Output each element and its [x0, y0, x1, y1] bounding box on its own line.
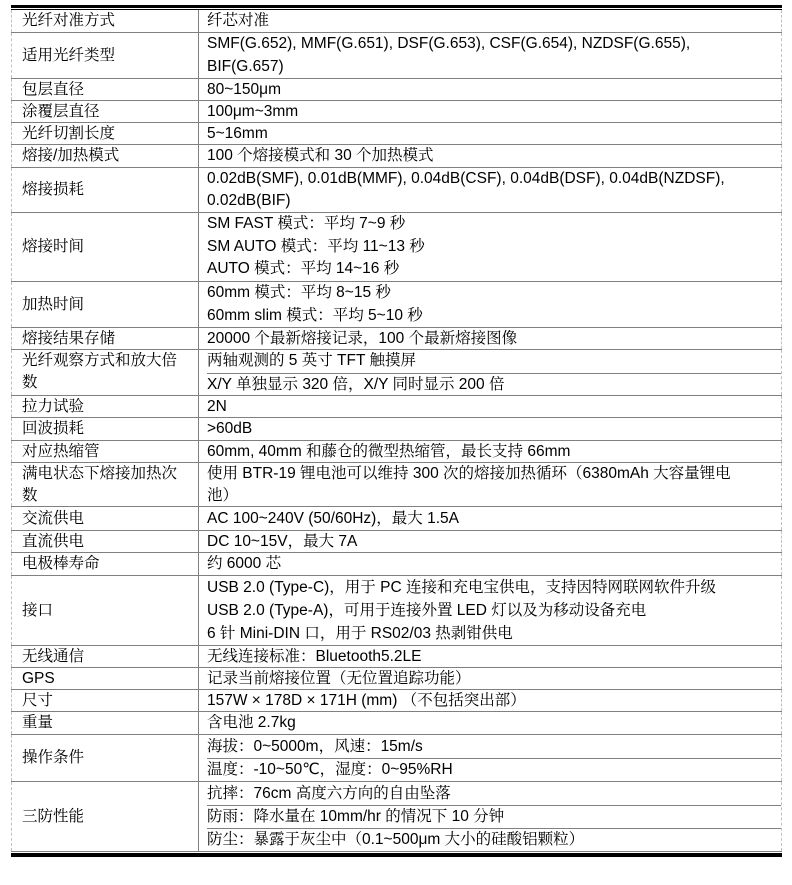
spec-value-line: 6 针 Mini-DIN 口，用于 RS02/03 热剥钳供电	[207, 622, 781, 645]
spec-label: 对应热缩管	[11, 441, 199, 462]
spec-label: 操作条件	[11, 735, 199, 781]
spec-label-line: 涂覆层直径	[22, 101, 100, 123]
spec-sub-value: 防尘：暴露于灰尘中（0.1~500μm 大小的硅酸铝颗粒）	[207, 828, 781, 851]
spec-value: SMF(G.652), MMF(G.651), DSF(G.653), CSF(…	[199, 33, 782, 78]
spec-sub-value: 两轴观测的 5 英寸 TFT 触摸屏	[207, 350, 781, 373]
table-row: 三防性能抗摔：76cm 高度六方向的自由坠落防雨：降水量在 10mm/hr 的情…	[11, 782, 782, 852]
spec-label: 熔接损耗	[11, 168, 199, 212]
table-row: 光纤切割长度5~16mm	[11, 123, 782, 145]
spec-label: GPS	[11, 668, 199, 689]
table-row: 操作条件海拔：0~5000m，风速：15m/s温度：-10~50℃，湿度：0~9…	[11, 735, 782, 782]
spec-value: 使用 BTR-19 锂电池可以维持 300 次的熔接加热循环（6380mAh 大…	[199, 463, 782, 506]
spec-value-line: 约 6000 芯	[207, 553, 781, 575]
spec-label: 适用光纤类型	[11, 33, 199, 78]
spec-value-line: DC 10~15V，最大 7A	[207, 531, 781, 552]
spec-value-line: SM AUTO 模式：平均 11~13 秒	[207, 236, 781, 259]
table-row: 熔接/加热模式100 个熔接模式和 30 个加热模式	[11, 145, 782, 168]
spec-value: 记录当前熔接位置（无位置追踪功能）	[199, 668, 782, 689]
spec-label-line: 尺寸	[22, 690, 53, 712]
spec-label: 直流供电	[11, 531, 199, 552]
spec-table: 光纤对准方式纤芯对准适用光纤类型SMF(G.652), MMF(G.651), …	[11, 5, 782, 857]
spec-label-line: 熔接损耗	[22, 179, 84, 201]
spec-value: 两轴观测的 5 英寸 TFT 触摸屏X/Y 单独显示 320 倍，X/Y 同时显…	[199, 350, 782, 395]
spec-label: 光纤切割长度	[11, 123, 199, 144]
spec-value: 无线连接标准：Bluetooth5.2LE	[199, 646, 782, 667]
spec-value-line: SM FAST 模式：平均 7~9 秒	[207, 213, 781, 236]
spec-label-line: 直流供电	[22, 531, 84, 553]
spec-label-line: 接口	[22, 600, 53, 622]
table-bottom-border	[11, 854, 782, 857]
table-row: 加热时间60mm 模式：平均 8~15 秒60mm slim 模式：平均 5~1…	[11, 282, 782, 328]
table-row: 满电状态下熔接加热次数使用 BTR-19 锂电池可以维持 300 次的熔接加热循…	[11, 463, 782, 507]
spec-value: 海拔：0~5000m，风速：15m/s温度：-10~50℃，湿度：0~95%RH	[199, 735, 782, 781]
spec-sub-value: X/Y 单独显示 320 倍，X/Y 同时显示 200 倍	[207, 373, 781, 396]
spec-value-line: 5~16mm	[207, 123, 781, 144]
spec-label-line: 数	[22, 485, 177, 507]
spec-value: 60mm, 40mm 和藤仓的微型热缩管，最长支持 66mm	[199, 441, 782, 462]
spec-label-line: GPS	[22, 668, 55, 690]
spec-value-line: 100μm~3mm	[207, 101, 781, 122]
spec-label-line: 光纤切割长度	[22, 123, 115, 145]
spec-value: 纤芯对准	[199, 10, 782, 32]
spec-label: 熔接时间	[11, 213, 199, 281]
spec-value-line: SMF(G.652), MMF(G.651), DSF(G.653), CSF(…	[207, 33, 781, 56]
spec-value: USB 2.0 (Type-C)，用于 PC 连接和充电宝供电，支持因特网联网软…	[199, 576, 782, 645]
table-row: 交流供电AC 100~240V (50/60Hz)，最大 1.5A	[11, 507, 782, 531]
spec-label: 回波损耗	[11, 418, 199, 440]
spec-sub-value: 抗摔：76cm 高度六方向的自由坠落	[207, 782, 781, 805]
spec-value-line: 记录当前熔接位置（无位置追踪功能）	[207, 668, 781, 689]
spec-label-line: 对应热缩管	[22, 441, 100, 463]
spec-label-line: 重量	[22, 712, 53, 734]
spec-value: 80~150μm	[199, 79, 782, 100]
spec-label-line: 包层直径	[22, 79, 84, 101]
spec-label-line: 适用光纤类型	[22, 45, 115, 67]
spec-value: 2N	[199, 396, 782, 417]
spec-value-line: 2N	[207, 396, 781, 417]
spec-label-line: 三防性能	[22, 806, 84, 828]
table-row: 光纤观察方式和放大倍数两轴观测的 5 英寸 TFT 触摸屏X/Y 单独显示 32…	[11, 350, 782, 396]
spec-value-line: 20000 个最新熔接记录，100 个最新熔接图像	[207, 328, 781, 349]
spec-value: >60dB	[199, 418, 782, 440]
spec-sub-value: 海拔：0~5000m，风速：15m/s	[207, 735, 781, 758]
table-row: 熔接损耗0.02dB(SMF), 0.01dB(MMF), 0.04dB(CSF…	[11, 168, 782, 213]
spec-value: 含电池 2.7kg	[199, 712, 782, 734]
spec-label: 熔接/加热模式	[11, 145, 199, 167]
spec-value-line: 60mm, 40mm 和藤仓的微型热缩管，最长支持 66mm	[207, 441, 781, 462]
table-row: 涂覆层直径100μm~3mm	[11, 101, 782, 123]
table-row: 光纤对准方式纤芯对准	[11, 10, 782, 33]
spec-label: 尺寸	[11, 690, 199, 711]
spec-value: 157W × 178D × 171H (mm) （不包括突出部）	[199, 690, 782, 711]
spec-label-line: 交流供电	[22, 508, 84, 530]
spec-label-line: 光纤对准方式	[22, 10, 115, 32]
spec-label-line: 无线通信	[22, 646, 84, 668]
spec-label: 重量	[11, 712, 199, 734]
spec-label-line: 满电状态下熔接加热次	[22, 463, 177, 485]
spec-value: SM FAST 模式：平均 7~9 秒SM AUTO 模式：平均 11~13 秒…	[199, 213, 782, 281]
spec-value: 60mm 模式：平均 8~15 秒60mm slim 模式：平均 5~10 秒	[199, 282, 782, 327]
spec-label-line: 操作条件	[22, 747, 84, 769]
spec-value-line: USB 2.0 (Type-A)，可用于连接外置 LED 灯以及为移动设备充电	[207, 599, 781, 622]
table-body: 光纤对准方式纤芯对准适用光纤类型SMF(G.652), MMF(G.651), …	[11, 10, 782, 852]
spec-value-line: 80~150μm	[207, 79, 781, 100]
spec-value-line: 60mm 模式：平均 8~15 秒	[207, 282, 781, 305]
spec-label-line: 拉力试验	[22, 396, 84, 418]
spec-value-line: AC 100~240V (50/60Hz)，最大 1.5A	[207, 507, 781, 530]
spec-value-line: AUTO 模式：平均 14~16 秒	[207, 258, 781, 281]
spec-value-line: 0.02dB(SMF), 0.01dB(MMF), 0.04dB(CSF), 0…	[207, 168, 781, 190]
spec-label: 包层直径	[11, 79, 199, 100]
table-row: 重量含电池 2.7kg	[11, 712, 782, 735]
table-row: 电极棒寿命约 6000 芯	[11, 553, 782, 576]
spec-value-line: 157W × 178D × 171H (mm) （不包括突出部）	[207, 690, 781, 711]
spec-value-line: 100 个熔接模式和 30 个加热模式	[207, 145, 781, 167]
table-row: 适用光纤类型SMF(G.652), MMF(G.651), DSF(G.653)…	[11, 33, 782, 79]
spec-value-line: USB 2.0 (Type-C)，用于 PC 连接和充电宝供电，支持因特网联网软…	[207, 576, 781, 599]
spec-value-line: 0.02dB(BIF)	[207, 190, 781, 212]
spec-label: 涂覆层直径	[11, 101, 199, 122]
spec-label-line: 回波损耗	[22, 418, 84, 440]
spec-label: 电极棒寿命	[11, 553, 199, 575]
spec-label: 交流供电	[11, 507, 199, 530]
table-row: 回波损耗>60dB	[11, 418, 782, 441]
spec-label-line: 熔接/加热模式	[22, 145, 119, 167]
spec-label-line: 熔接时间	[22, 236, 84, 258]
spec-value-line: 无线连接标准：Bluetooth5.2LE	[207, 646, 781, 667]
spec-value: 100μm~3mm	[199, 101, 782, 122]
spec-label: 无线通信	[11, 646, 199, 667]
spec-value-line: 使用 BTR-19 锂电池可以维持 300 次的熔接加热循环（6380mAh 大…	[207, 463, 781, 485]
spec-sub-value: 温度：-10~50℃，湿度：0~95%RH	[207, 758, 781, 781]
spec-value-line: 池）	[207, 485, 781, 507]
table-row: GPS记录当前熔接位置（无位置追踪功能）	[11, 668, 782, 690]
table-row: 对应热缩管60mm, 40mm 和藤仓的微型热缩管，最长支持 66mm	[11, 441, 782, 463]
spec-label-line: 电极棒寿命	[22, 553, 100, 575]
spec-value-line: BIF(G.657)	[207, 56, 781, 79]
spec-value: DC 10~15V，最大 7A	[199, 531, 782, 552]
table-row: 拉力试验2N	[11, 396, 782, 418]
spec-label: 拉力试验	[11, 396, 199, 417]
spec-value: 20000 个最新熔接记录，100 个最新熔接图像	[199, 328, 782, 349]
spec-value: 约 6000 芯	[199, 553, 782, 575]
spec-label: 加热时间	[11, 282, 199, 327]
spec-label-line: 加热时间	[22, 294, 84, 316]
spec-value-line: 纤芯对准	[207, 10, 781, 32]
table-row: 熔接时间SM FAST 模式：平均 7~9 秒SM AUTO 模式：平均 11~…	[11, 213, 782, 282]
table-row: 尺寸157W × 178D × 171H (mm) （不包括突出部）	[11, 690, 782, 712]
spec-label: 满电状态下熔接加热次数	[11, 463, 199, 506]
spec-label-line: 熔接结果存储	[22, 328, 115, 350]
spec-label: 三防性能	[11, 782, 199, 851]
spec-label: 接口	[11, 576, 199, 645]
spec-sub-value: 防雨：降水量在 10mm/hr 的情况下 10 分钟	[207, 805, 781, 828]
spec-value: 100 个熔接模式和 30 个加热模式	[199, 145, 782, 167]
spec-label: 光纤观察方式和放大倍数	[11, 350, 199, 395]
table-row: 包层直径80~150μm	[11, 79, 782, 101]
spec-value-line: 60mm slim 模式：平均 5~10 秒	[207, 305, 781, 328]
spec-value: 5~16mm	[199, 123, 782, 144]
spec-value-line: 含电池 2.7kg	[207, 712, 781, 734]
table-row: 接口USB 2.0 (Type-C)，用于 PC 连接和充电宝供电，支持因特网联…	[11, 576, 782, 646]
spec-value: 0.02dB(SMF), 0.01dB(MMF), 0.04dB(CSF), 0…	[199, 168, 782, 212]
spec-value: 抗摔：76cm 高度六方向的自由坠落防雨：降水量在 10mm/hr 的情况下 1…	[199, 782, 782, 851]
table-row: 直流供电DC 10~15V，最大 7A	[11, 531, 782, 553]
spec-label-line: 数	[22, 372, 177, 394]
spec-label-line: 光纤观察方式和放大倍	[22, 350, 177, 372]
table-row: 无线通信无线连接标准：Bluetooth5.2LE	[11, 646, 782, 668]
spec-label: 熔接结果存储	[11, 328, 199, 349]
table-row: 熔接结果存储20000 个最新熔接记录，100 个最新熔接图像	[11, 328, 782, 350]
spec-value-line: >60dB	[207, 418, 781, 440]
spec-label: 光纤对准方式	[11, 10, 199, 32]
spec-value: AC 100~240V (50/60Hz)，最大 1.5A	[199, 507, 782, 530]
